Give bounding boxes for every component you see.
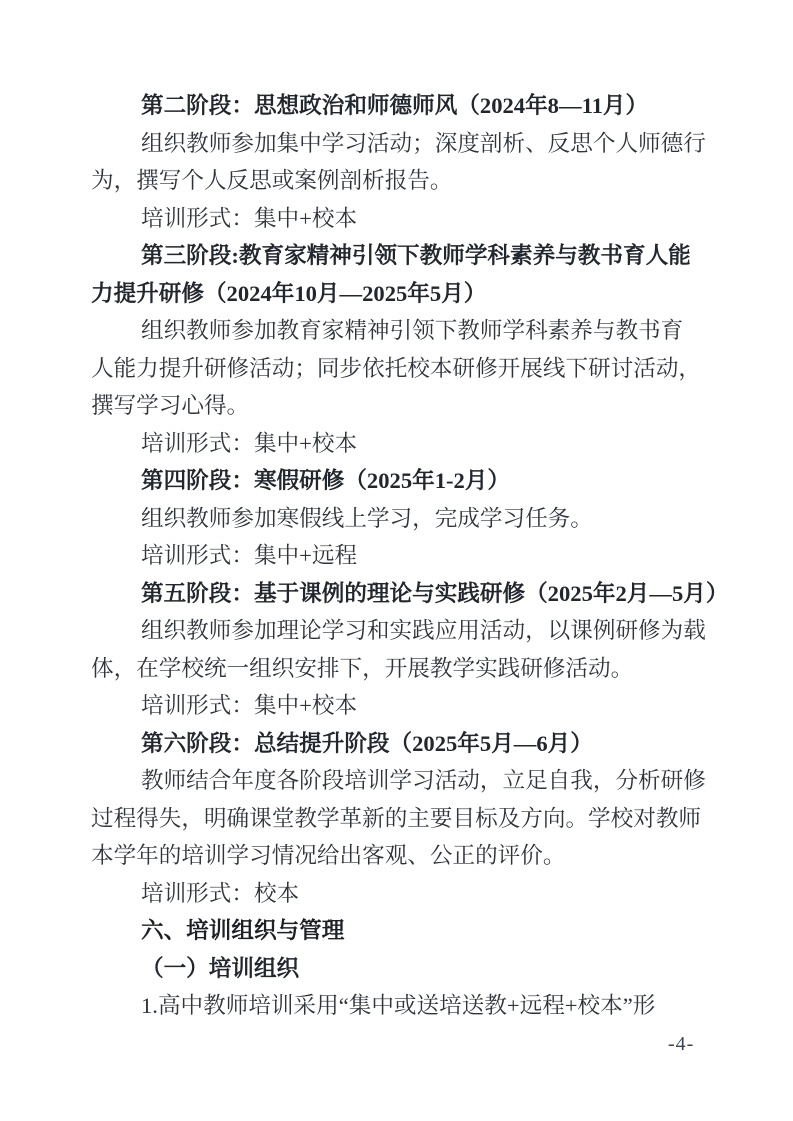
stage-6-heading: 第六阶段：总结提升阶段（2025年5月—6月）	[91, 725, 715, 763]
stage-2-description: 组织教师参加集中学习活动；深度剖析、反思个人师德行 为，撰写个人反思或案例剖析报…	[91, 125, 715, 200]
subsection-1-heading: （一）培训组织	[91, 950, 715, 988]
stage-3-training-format: 培训形式：集中+校本	[91, 425, 715, 463]
stage-5-description: 组织教师参加理论学习和实践应用活动，以课例研修为载 体，在学校统一组织安排下，开…	[91, 612, 715, 687]
section-6-heading: 六、培训组织与管理	[91, 912, 715, 950]
document-body: 第二阶段：思想政治和师德师风（2024年8—11月）组织教师参加集中学习活动；深…	[91, 87, 715, 1025]
stage-4-description: 组织教师参加寒假线上学习，完成学习任务。	[91, 500, 715, 538]
stage-5-training-format: 培训形式：集中+校本	[91, 687, 715, 725]
stage-2-training-format: 培训形式：集中+校本	[91, 200, 715, 238]
stage-2-heading: 第二阶段：思想政治和师德师风（2024年8—11月）	[91, 87, 715, 125]
stage-6-description: 教师结合年度各阶段培训学习活动，立足自我，分析研修 过程得失，明确课堂教学革新的…	[91, 762, 715, 875]
item-1-paragraph: 1.高中教师培训采用“集中或送培送教+远程+校本”形	[91, 987, 715, 1025]
stage-3-heading: 第三阶段:教育家精神引领下教师学科素养与教书育人能 力提升研修（2024年10月…	[91, 237, 715, 312]
stage-6-training-format: 培训形式：校本	[91, 875, 715, 913]
document-page: 第二阶段：思想政治和师德师风（2024年8—11月）组织教师参加集中学习活动；深…	[0, 0, 793, 1121]
stage-3-description: 组织教师参加教育家精神引领下教师学科素养与教书育 人能力提升研修活动；同步依托校…	[91, 312, 715, 425]
stage-5-heading: 第五阶段：基于课例的理论与实践研修（2025年2月—5月）	[91, 575, 715, 613]
page-number: -4-	[668, 1033, 694, 1055]
stage-4-training-format: 培训形式：集中+远程	[91, 537, 715, 575]
stage-4-heading: 第四阶段：寒假研修（2025年1-2月）	[91, 462, 715, 500]
